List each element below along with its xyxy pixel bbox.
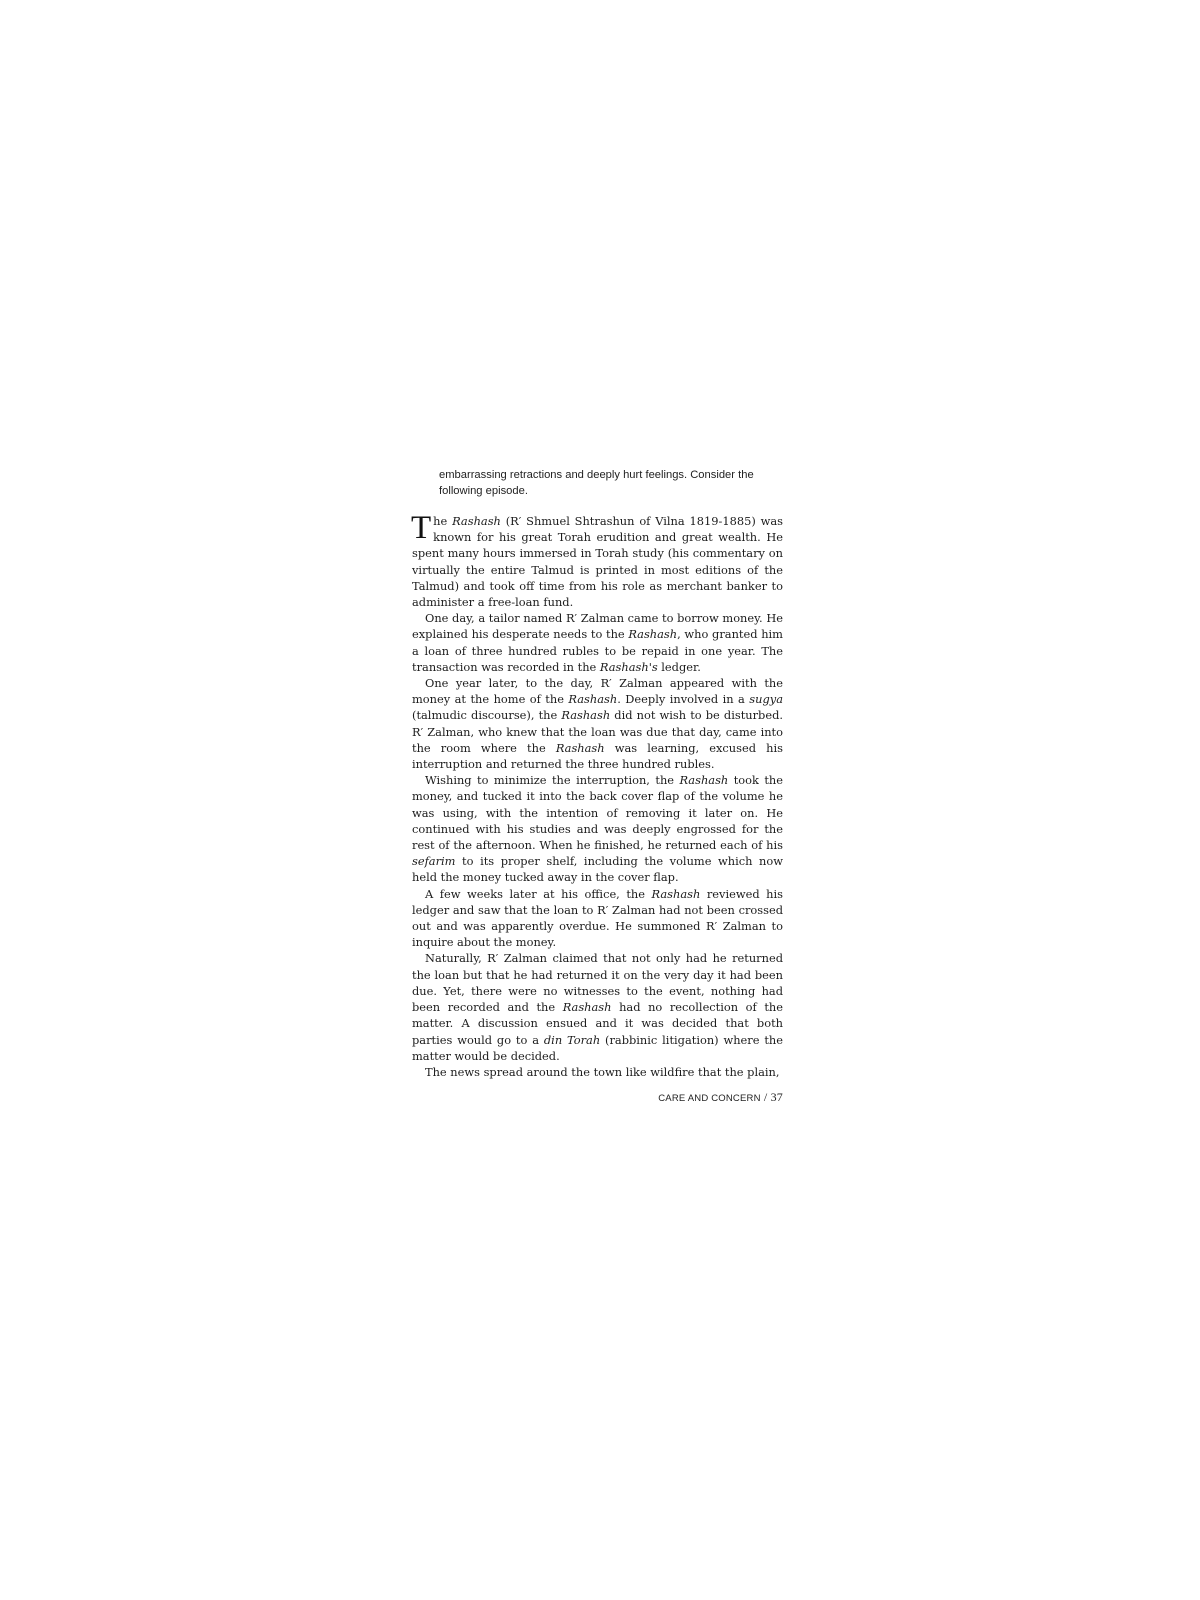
paragraph-2: One day, a tailor named R′ Zalman came t… <box>412 610 783 675</box>
page-number: 37 <box>771 1090 783 1104</box>
paragraph-4: Wishing to minimize the interruption, th… <box>412 772 783 885</box>
paragraph-5: A few weeks later at his office, the Ras… <box>412 886 783 951</box>
paragraph-3: One year later, to the day, R′ Zalman ap… <box>412 675 783 772</box>
intro-paragraph: embarrassing retractions and deeply hurt… <box>412 467 783 499</box>
lead-paragraph: The Rashash (R′ Shmuel Shtrashun of Viln… <box>412 513 783 610</box>
paragraph-7: The news spread around the town like wil… <box>412 1064 783 1080</box>
drop-cap: T <box>411 515 431 541</box>
running-head: CARE AND CONCERN <box>658 1093 760 1104</box>
paragraph-6: Naturally, R′ Zalman claimed that not on… <box>412 950 783 1063</box>
footer-separator: / <box>761 1090 771 1104</box>
page-footer: CARE AND CONCERN / 37 <box>412 1090 783 1105</box>
page-body: embarrassing retractions and deeply hurt… <box>412 467 783 1080</box>
